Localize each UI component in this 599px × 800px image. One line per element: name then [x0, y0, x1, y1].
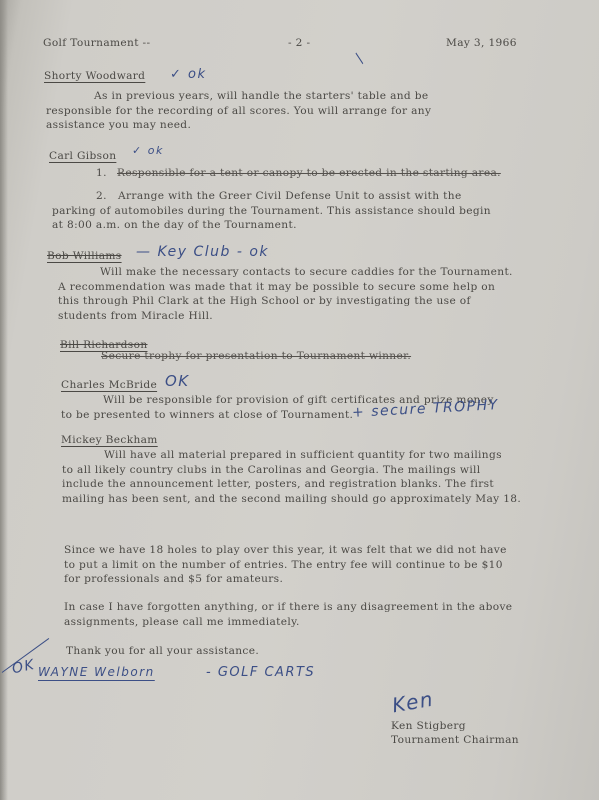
item-struck-tent: Responsible for a tent or canopy to be e…: [117, 166, 501, 181]
annotation-ok: ✓ ok: [132, 144, 164, 157]
page-edge-shadow: [0, 0, 8, 800]
annotation-ok: OK: [165, 372, 190, 390]
task-trophy-struck: Secure trophy for presentation to Tourna…: [101, 349, 411, 364]
section-shorty-text: As in previous years, will handle the st…: [46, 89, 431, 133]
header-title: Golf Tournament --: [43, 36, 150, 51]
header-date: May 3, 1966: [446, 36, 517, 51]
closing-thanks: Thank you for all your assistance.: [66, 644, 259, 659]
assignee-bob-williams-struck: Bob Williams: [47, 249, 122, 264]
signature-initials: Ken: [390, 687, 435, 718]
signer-title: Tournament Chairman: [391, 733, 519, 748]
page-number: - 2 -: [288, 36, 310, 51]
signer-name: Ken Stigberg: [391, 719, 466, 734]
addendum-task: - GOLF CARTS: [206, 665, 315, 680]
item-number: 1.: [96, 166, 107, 181]
annotation-ok: ✓ ok: [170, 67, 207, 82]
assignee-carl-gibson: Carl Gibson: [49, 149, 116, 164]
assignee-shorty-woodward: Shorty Woodward: [44, 69, 145, 84]
addendum-ok-mark: OK: [11, 657, 37, 677]
section-mickey-text: Will have all material prepared in suffi…: [62, 448, 521, 506]
assignee-mickey-beckham: Mickey Beckham: [61, 433, 158, 448]
assignee-charles-mcbride: Charles McBride: [61, 378, 157, 393]
closing-entries-paragraph: Since we have 18 holes to play over this…: [64, 543, 507, 587]
item-civil-defense: Arrange with the Greer Civil Defense Uni…: [52, 189, 491, 233]
annotation-key-club: — Key Club - ok: [136, 244, 269, 260]
pen-mark: /: [352, 51, 369, 64]
addendum-name: WAYNE Welborn: [38, 665, 155, 679]
closing-disagreement-paragraph: In case I have forgotten anything, or if…: [64, 600, 512, 629]
section-bob-text: Will make the necessary contacts to secu…: [58, 265, 513, 323]
